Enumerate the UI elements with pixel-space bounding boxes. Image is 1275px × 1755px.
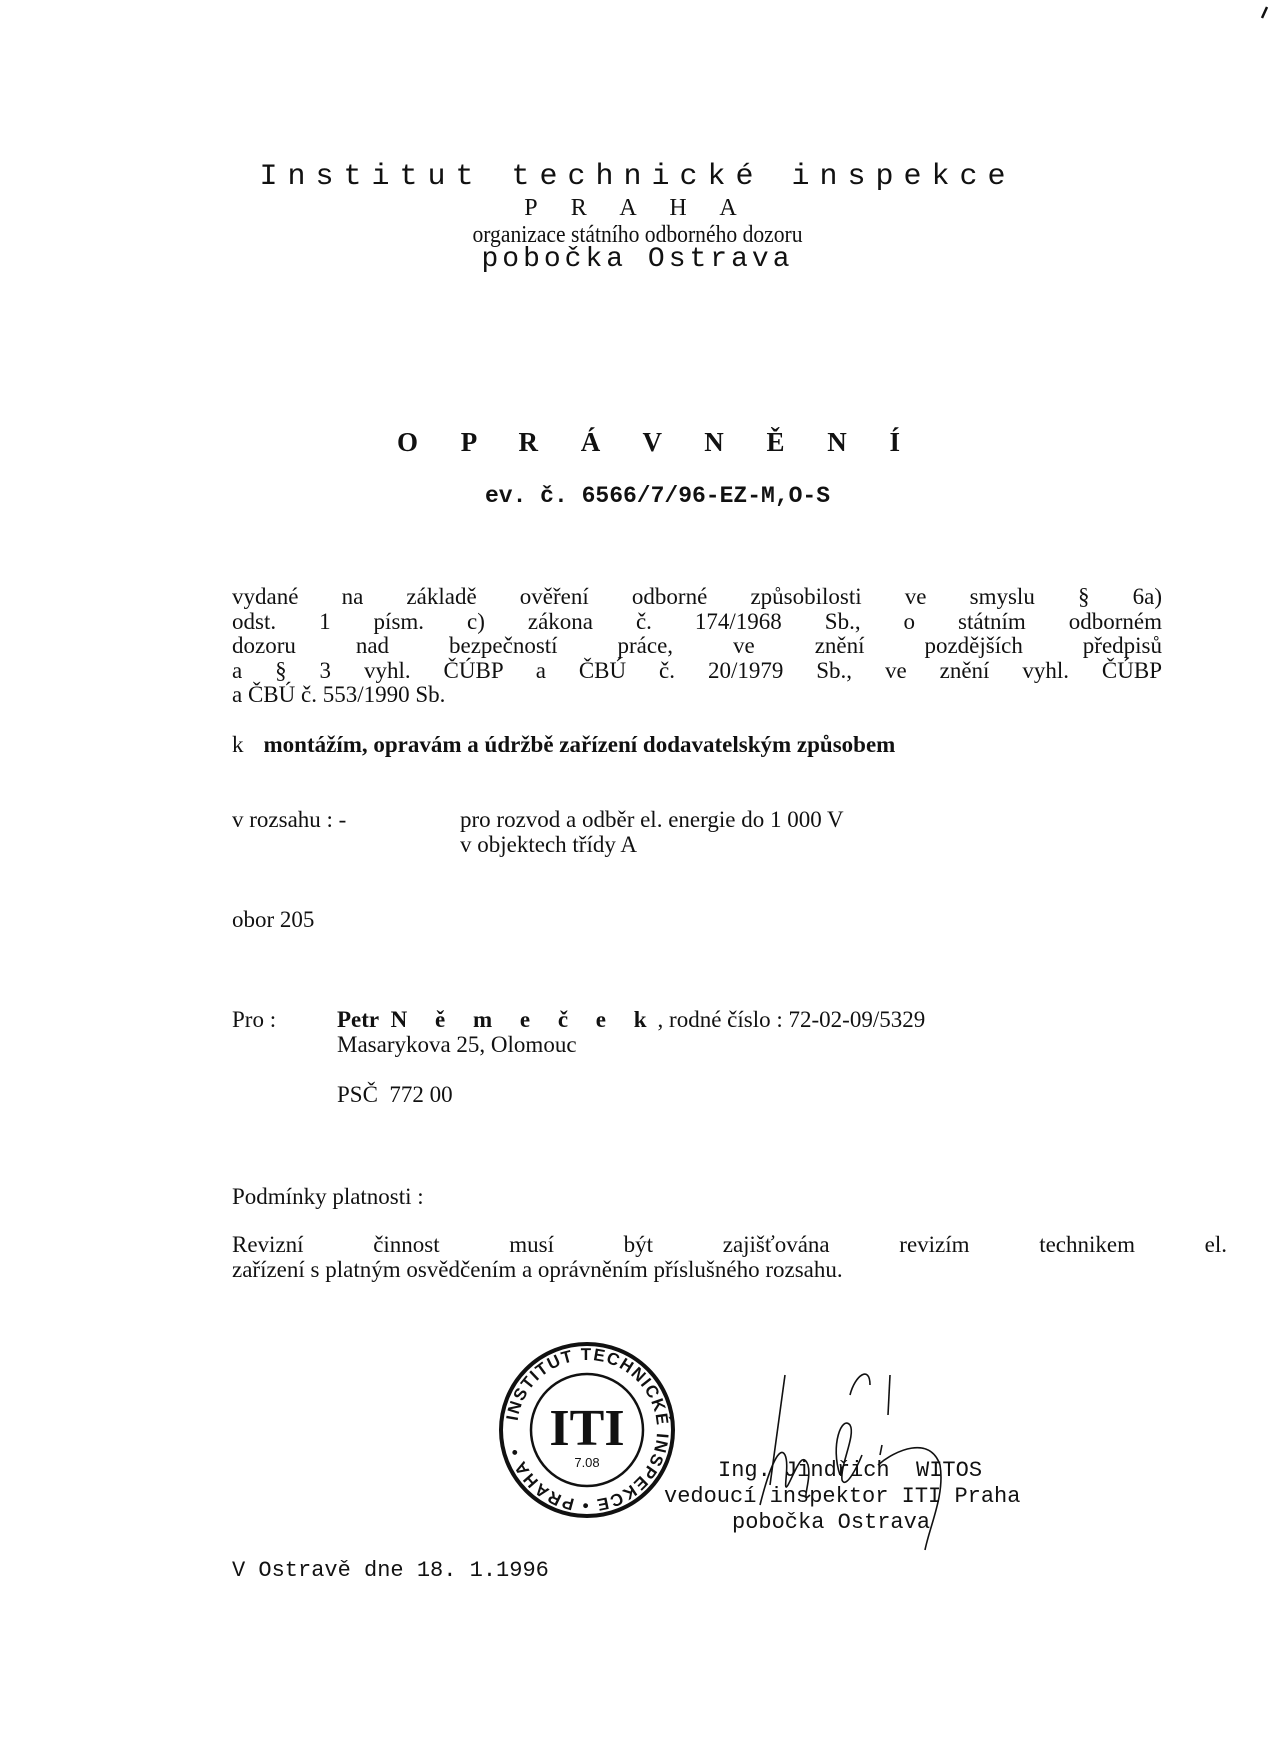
legal-basis-line: a § 3 vyhl. ČÚBP a ČBÚ č. 20/1979 Sb., v… [232,659,1162,684]
scope-line: kmontážím, opravám a údržbě zařízení dod… [232,732,895,758]
legal-basis-line: dozoru nad bezpečností práce, ve znění p… [232,634,1162,659]
document-title: O P R Á V N Ě N Í [0,427,1275,458]
legal-basis-paragraph: vydané na základě ověření odborné způsob… [232,585,1162,708]
holder-line: Petr N ě m e č e k, rodné číslo : 72-02-… [337,1008,925,1033]
institute-name: Institut technické inspekce [0,160,1275,194]
issue-place-date: V Ostravě dne 18. 1.1996 [232,1558,549,1583]
holder-first-name: Petr [337,1007,379,1032]
institute-city: P R A H A [0,195,1275,222]
signatory-branch: pobočka Ostrava [732,1510,930,1535]
stamp-number: 7.08 [574,1455,599,1470]
conditions-heading: Podmínky platnosti : [232,1185,424,1210]
holder-last-name: N ě m e č e k [391,1007,658,1032]
stray-mark [1259,6,1269,20]
signatory-name: Ing. Jindřich WITOS [718,1458,982,1483]
holder-label: Pro : [232,1008,276,1033]
conditions-line: Revizní činnost musí být zajišťována rev… [232,1233,1227,1258]
range-line: pro rozvod a odběr el. energie do 1 000 … [460,808,844,833]
conditions-line: zařízení s platným osvědčením a oprávněn… [232,1258,1227,1283]
official-stamp: INSTITUT TECHNICKÉ INSPEKCE • PRAHA • IT… [497,1340,677,1520]
field-number: obor 205 [232,908,314,933]
legal-basis-line: odst. 1 písm. c) zákona č. 174/1968 Sb.,… [232,610,1162,635]
conditions-text: Revizní činnost musí být zajišťována rev… [232,1233,1227,1282]
scope-prefix: k [232,732,244,757]
legal-basis-line: a ČBÚ č. 553/1990 Sb. [232,683,1162,708]
stamp-center-text: ITI [549,1400,624,1457]
holder-birth-number: , rodné číslo : 72-02-09/5329 [658,1007,926,1032]
holder-postal-code: PSČ 772 00 [337,1083,453,1108]
holder-address: Masarykova 25, Olomouc [337,1033,577,1058]
scope-activity: montážím, opravám a údržbě zařízení doda… [264,732,896,757]
document-reference: ev. č. 6566/7/96-EZ-M,O-S [0,483,1275,509]
range-label: v rozsahu : - [232,808,346,833]
legal-basis-line: vydané na základě ověření odborné způsob… [232,585,1162,610]
branch-name: pobočka Ostrava [0,244,1275,275]
range-line: v objektech třídy A [460,833,637,858]
signatory-position: vedoucí inspektor ITI Praha [664,1484,1020,1509]
